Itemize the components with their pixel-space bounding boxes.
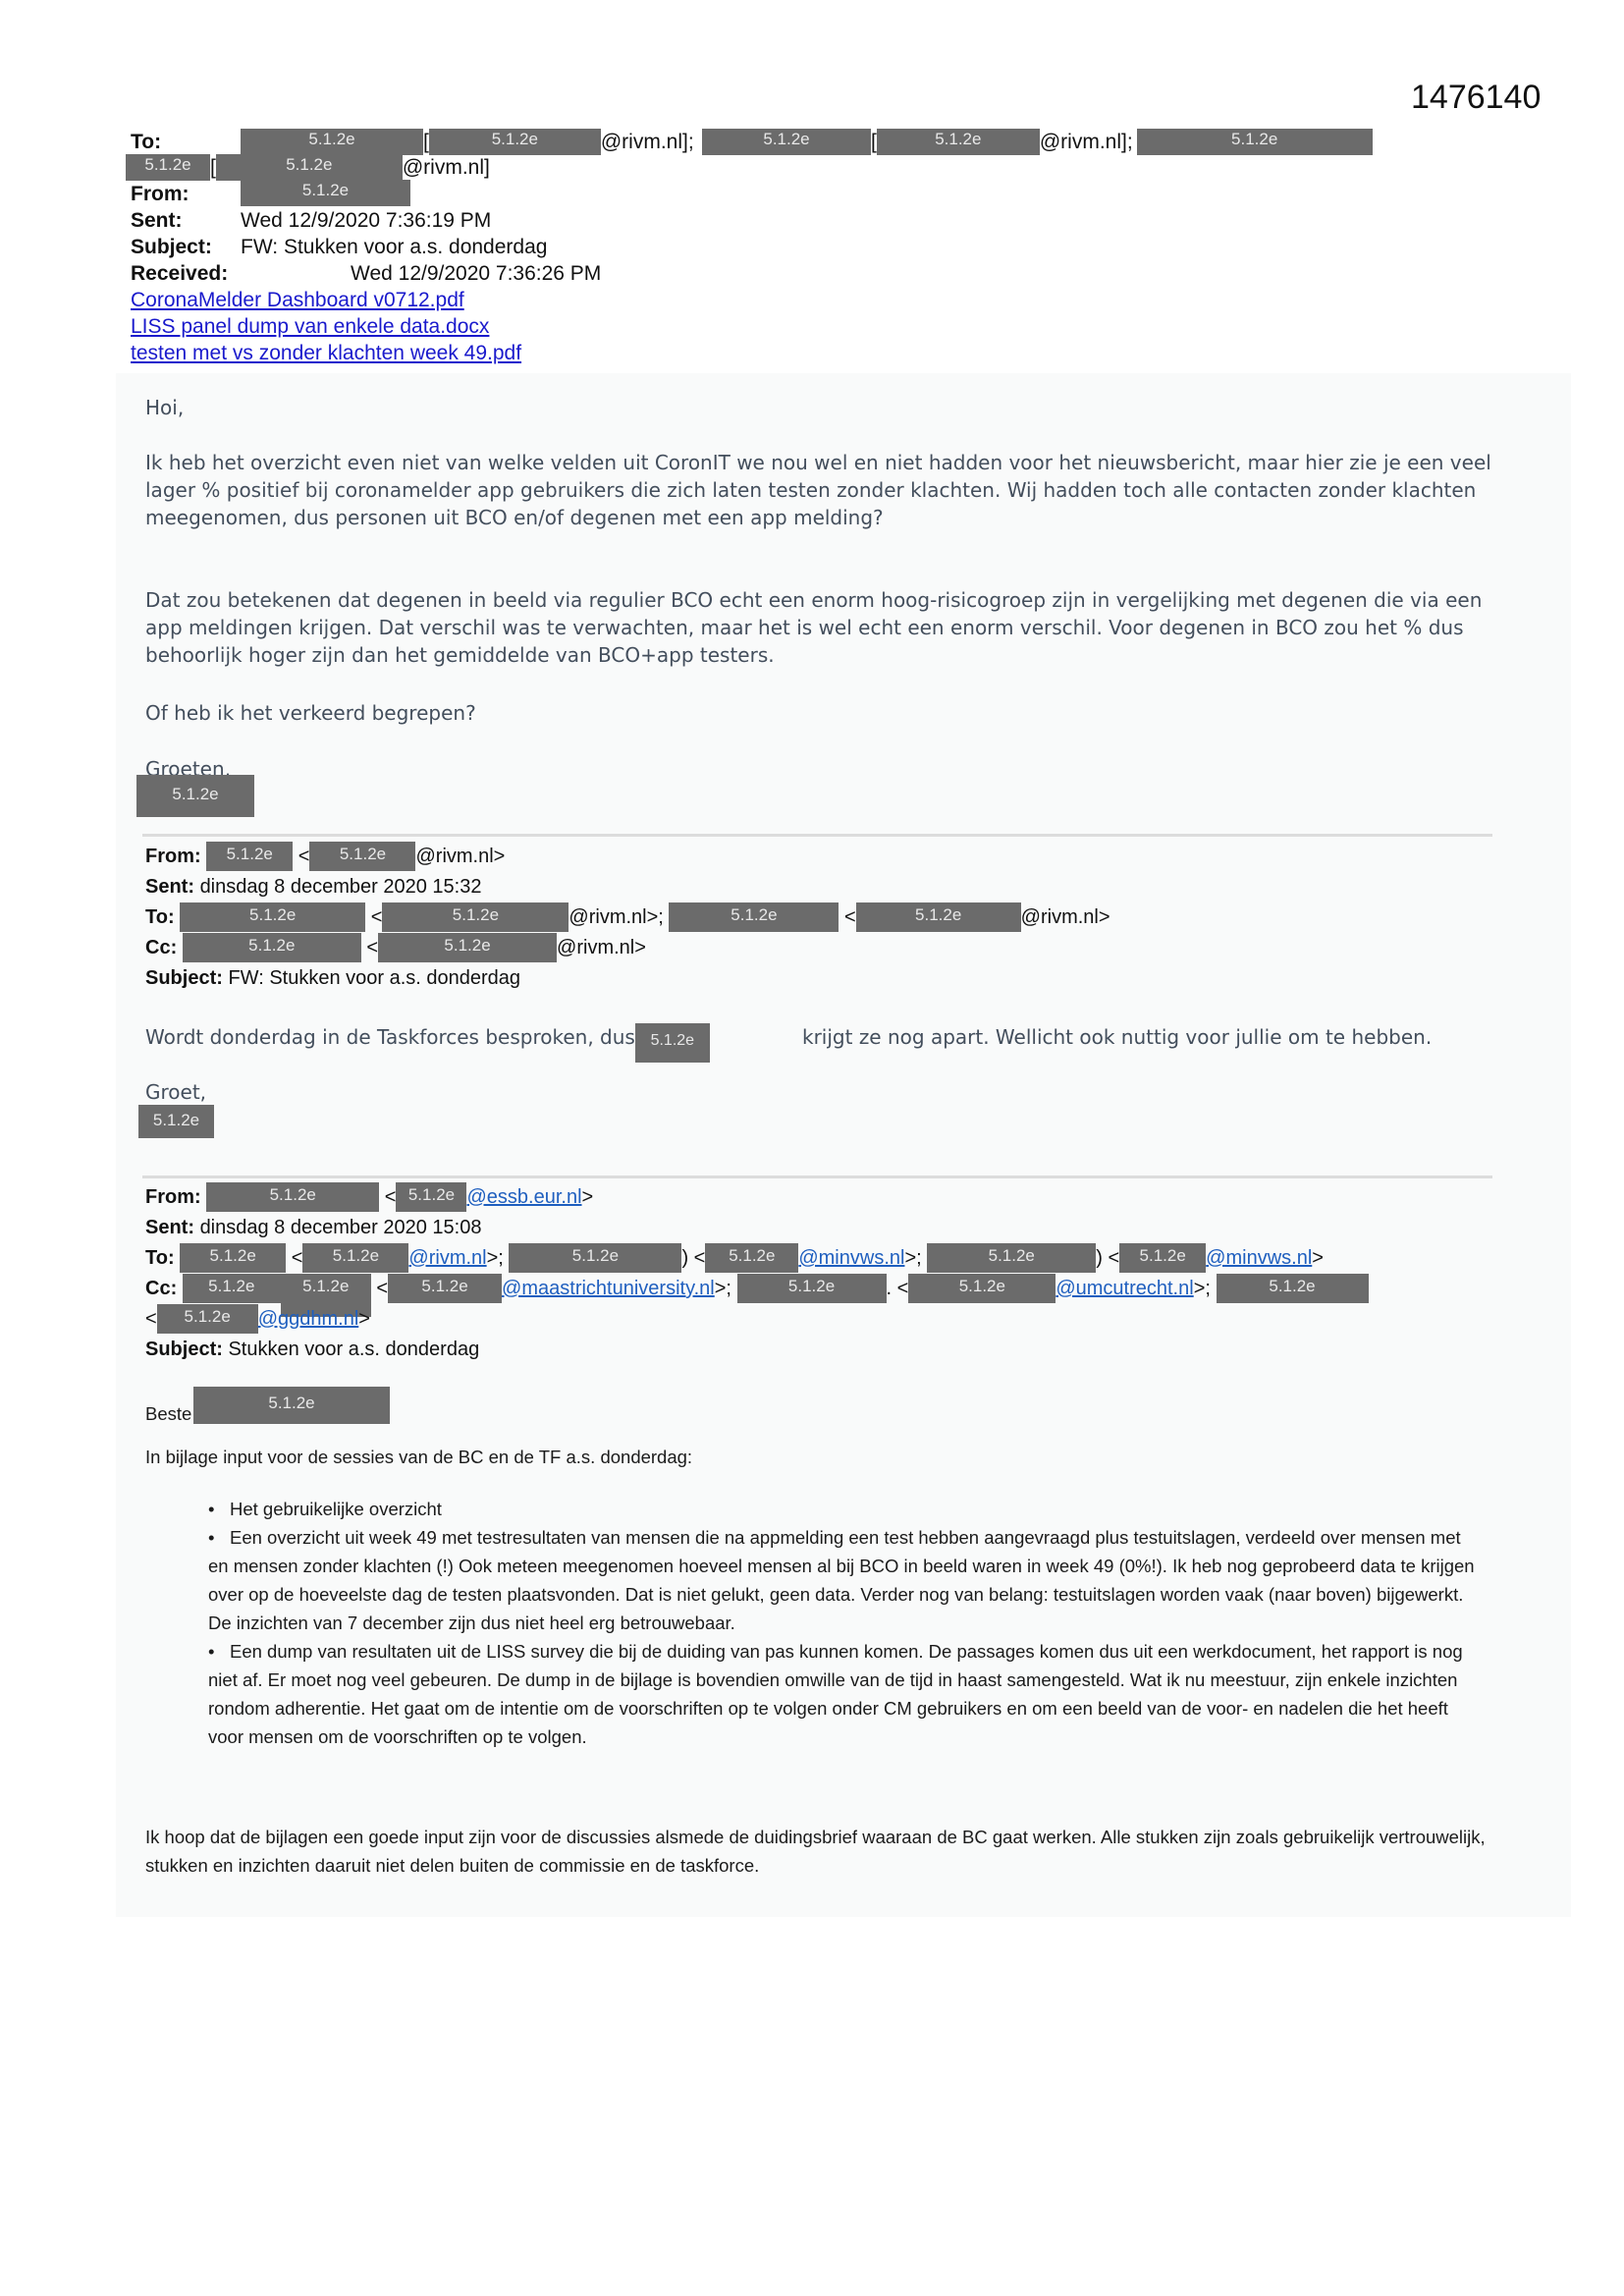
sent-value: dinsdag 8 december 2020 15:08 (200, 1217, 482, 1238)
redaction: 5.1.2e (138, 1105, 214, 1138)
header-to-recipients: 5.1.2e[5.1.2e@rivm.nl]; (241, 129, 694, 155)
quote1-sent-row: Sent: dinsdag 8 december 2020 15:32 (145, 872, 481, 902)
header-received-value: Wed 12/9/2020 7:36:26 PM (351, 260, 601, 287)
quote1-body-text: Wordt donderdag in de Taskforces besprok… (145, 1025, 635, 1049)
from-label: From: (145, 1186, 201, 1208)
redaction: 5.1.2e (669, 902, 839, 932)
redaction: 5.1.2e (877, 129, 1040, 155)
sent-label: Sent: (145, 876, 194, 898)
lt: < (145, 1308, 157, 1330)
lt: < (292, 1247, 303, 1269)
subject-label: Subject: (145, 1339, 223, 1360)
recipient-domain: @rivm.nl]; (1040, 131, 1133, 153)
quote2-subject-row: Subject: Stukken voor a.s. donderdag (145, 1335, 479, 1365)
redaction: 5.1.2e (378, 933, 557, 962)
redaction: 5.1.2e (908, 1274, 1056, 1303)
quote2-cc-row-2: <5.1.2e@ggdhm.nl> (145, 1304, 370, 1335)
redaction: 5.1.2e (1217, 1274, 1369, 1303)
greeting: Hoi, (145, 394, 184, 421)
salutation-row: Beste (145, 1399, 191, 1428)
from-label: From: (131, 183, 189, 205)
header-received-row: Received: (131, 260, 228, 287)
to-label: To: (145, 1247, 175, 1269)
recipient-domain: @rivm.nl>; (568, 906, 663, 928)
salutation-redaction: 5.1.2e (193, 1387, 390, 1424)
redaction: 5.1.2e (429, 129, 601, 155)
salutation: Beste (145, 1403, 191, 1424)
redaction: 5.1.2e (1119, 1243, 1206, 1273)
message-paragraph: Of heb ik het verkeerd begrepen? (145, 699, 476, 727)
bullet-text: Een dump van resultaten uit de LISS surv… (208, 1641, 1463, 1747)
sent-label: Sent: (145, 1217, 194, 1238)
to-label: To: (145, 906, 175, 928)
redaction: 5.1.2e (126, 154, 210, 181)
redaction: 5.1.2e (396, 1182, 466, 1212)
sender-domain: @rivm.nl> (415, 846, 505, 867)
redaction: 5.1.2e (136, 775, 254, 817)
sender-email-link[interactable]: @essb.eur.nl (466, 1186, 581, 1208)
cc-label: Cc: (145, 1278, 177, 1299)
header-to-recipients-2: 5.1.2e[5.1.2e@rivm.nl];5.1.2e (702, 129, 1373, 155)
quote1-body-line: Wordt donderdag in de Taskforces besprok… (145, 1023, 710, 1063)
to-label: To: (131, 131, 161, 153)
quote2-to-row: To: 5.1.2e <5.1.2e@rivm.nl>; 5.1.2e) <5.… (145, 1243, 1324, 1274)
cc-label: Cc: (145, 937, 177, 958)
redaction: 5.1.2e (206, 1182, 379, 1212)
sent-value: dinsdag 8 december 2020 15:32 (200, 876, 482, 898)
recipient-domain: @rivm.nl> (1021, 906, 1110, 928)
redaction: 5.1.2e (180, 902, 365, 932)
bullet-item: •Een dump van resultaten uit de LISS sur… (208, 1637, 1485, 1751)
redaction: 5.1.2e (856, 902, 1021, 932)
redaction: 5.1.2e (705, 1243, 798, 1273)
header-sent-row: Sent: (131, 207, 183, 234)
header-subject-row: Subject: (131, 234, 212, 260)
message-paragraph: Ik heb het overzicht even niet van welke… (145, 449, 1500, 531)
bullet-icon: • (208, 1637, 230, 1666)
lt: < (366, 937, 378, 958)
recipient-domain: @rivm.nl] (403, 156, 490, 179)
redaction: 5.1.2e (183, 1274, 281, 1303)
quote1-to-row: To: 5.1.2e <5.1.2e@rivm.nl>; 5.1.2e <5.1… (145, 902, 1110, 933)
intro-text: In bijlage input voor de sessies van de … (145, 1443, 692, 1471)
redaction: 5.1.2e (183, 933, 361, 962)
subject-value: Stukken voor a.s. donderdag (228, 1339, 479, 1360)
received-label: Received: (131, 262, 228, 285)
redaction: 5.1.2e (702, 129, 871, 155)
redaction: 5.1.2e (241, 180, 410, 206)
redaction: 5.1.2e (193, 1387, 390, 1424)
quote1-signature: 5.1.2e (138, 1105, 214, 1138)
sent-label: Sent: (131, 209, 183, 232)
redaction: 5.1.2e (216, 154, 403, 181)
redaction: 5.1.2e (309, 842, 415, 871)
message-paragraph: Dat zou betekenen dat degenen in beeld v… (145, 586, 1500, 669)
subject-label: Subject: (145, 967, 223, 989)
lt: < (376, 1278, 388, 1299)
recipient-email-link[interactable]: @rivm.nl (408, 1247, 486, 1269)
cc-email-link[interactable]: @maastrichtuniversity.nl (502, 1278, 715, 1299)
lt: < (298, 846, 310, 867)
quote1-cc-row: Cc: 5.1.2e <5.1.2e@rivm.nl> (145, 933, 646, 963)
recipient-email-link[interactable]: @minvws.nl (1206, 1247, 1312, 1269)
header-to-recipients-3: 5.1.2e[5.1.2e@rivm.nl] (126, 154, 490, 181)
quote1-subject-row: Subject: FW: Stukken voor a.s. donderdag (145, 963, 520, 994)
redaction: 5.1.2e (388, 1274, 502, 1303)
subject-label: Subject: (131, 236, 212, 258)
attachment-link[interactable]: LISS panel dump van enkele data.docx (131, 313, 489, 340)
header-from-value: 5.1.2e (241, 180, 410, 206)
lt: < (385, 1186, 397, 1208)
redaction: 5.1.2e (157, 1304, 258, 1334)
quote2-sent-row: Sent: dinsdag 8 december 2020 15:08 (145, 1213, 481, 1243)
quote1-closing: Groet, (145, 1078, 206, 1106)
redaction: 5.1.2e (635, 1023, 710, 1063)
signature-redaction: 5.1.2e (136, 775, 254, 817)
separator (142, 1175, 1492, 1178)
from-label: From: (145, 846, 201, 867)
cc-email-link[interactable]: @ggdhm.nl (258, 1308, 359, 1330)
redaction: 5.1.2e (241, 129, 423, 155)
subject-value: FW: Stukken voor a.s. donderdag (228, 967, 520, 989)
lt: < (844, 906, 856, 928)
attachment-link[interactable]: CoronaMelder Dashboard v0712.pdf (131, 287, 464, 313)
lt: < (371, 906, 383, 928)
recipient-domain: @rivm.nl]; (601, 131, 694, 153)
document-number: 1476140 (1411, 79, 1541, 117)
header-to-row: To: (131, 129, 161, 155)
redaction: 5.1.2e (382, 902, 568, 932)
bullet-item: •Een overzicht uit week 49 met testresul… (208, 1523, 1485, 1637)
bullet-text: Een overzicht uit week 49 met testresult… (208, 1527, 1475, 1633)
bullet-icon: • (208, 1495, 230, 1523)
bullet-text: Het gebruikelijke overzicht (230, 1499, 442, 1519)
quote2-from-row: From: 5.1.2e <5.1.2e@essb.eur.nl> (145, 1182, 593, 1213)
closing-paragraph: Ik hoop dat de bijlagen een goede input … (145, 1823, 1490, 1880)
redaction: 5.1.2e (927, 1243, 1096, 1273)
quote1-body-text-cont: krijgt ze nog apart. Wellicht ook nuttig… (802, 1023, 1489, 1051)
header-subject-value: FW: Stukken voor a.s. donderdag (241, 234, 547, 260)
cc-domain: @rivm.nl> (557, 937, 646, 958)
redaction: 5.1.2e (1137, 129, 1373, 155)
bullet-icon: • (208, 1523, 230, 1552)
cc-email-link[interactable]: @umcutrecht.nl (1056, 1278, 1193, 1299)
redaction: 5.1.2e (302, 1243, 408, 1273)
redaction: 5.1.2e (509, 1243, 681, 1273)
quote1-from-row: From: 5.1.2e <5.1.2e@rivm.nl> (145, 842, 505, 872)
header-sent-value: Wed 12/9/2020 7:36:19 PM (241, 207, 491, 234)
recipient-email-link[interactable]: @minvws.nl (798, 1247, 904, 1269)
bullet-item: •Het gebruikelijke overzicht (208, 1495, 1485, 1523)
redaction: 5.1.2e (180, 1243, 286, 1273)
header-from-row: From: (131, 181, 189, 207)
redaction: 5.1.2e (206, 842, 293, 871)
redaction: 5.1.2e (737, 1274, 887, 1303)
attachment-link[interactable]: testen met vs zonder klachten week 49.pd… (131, 340, 521, 366)
separator (142, 834, 1492, 837)
